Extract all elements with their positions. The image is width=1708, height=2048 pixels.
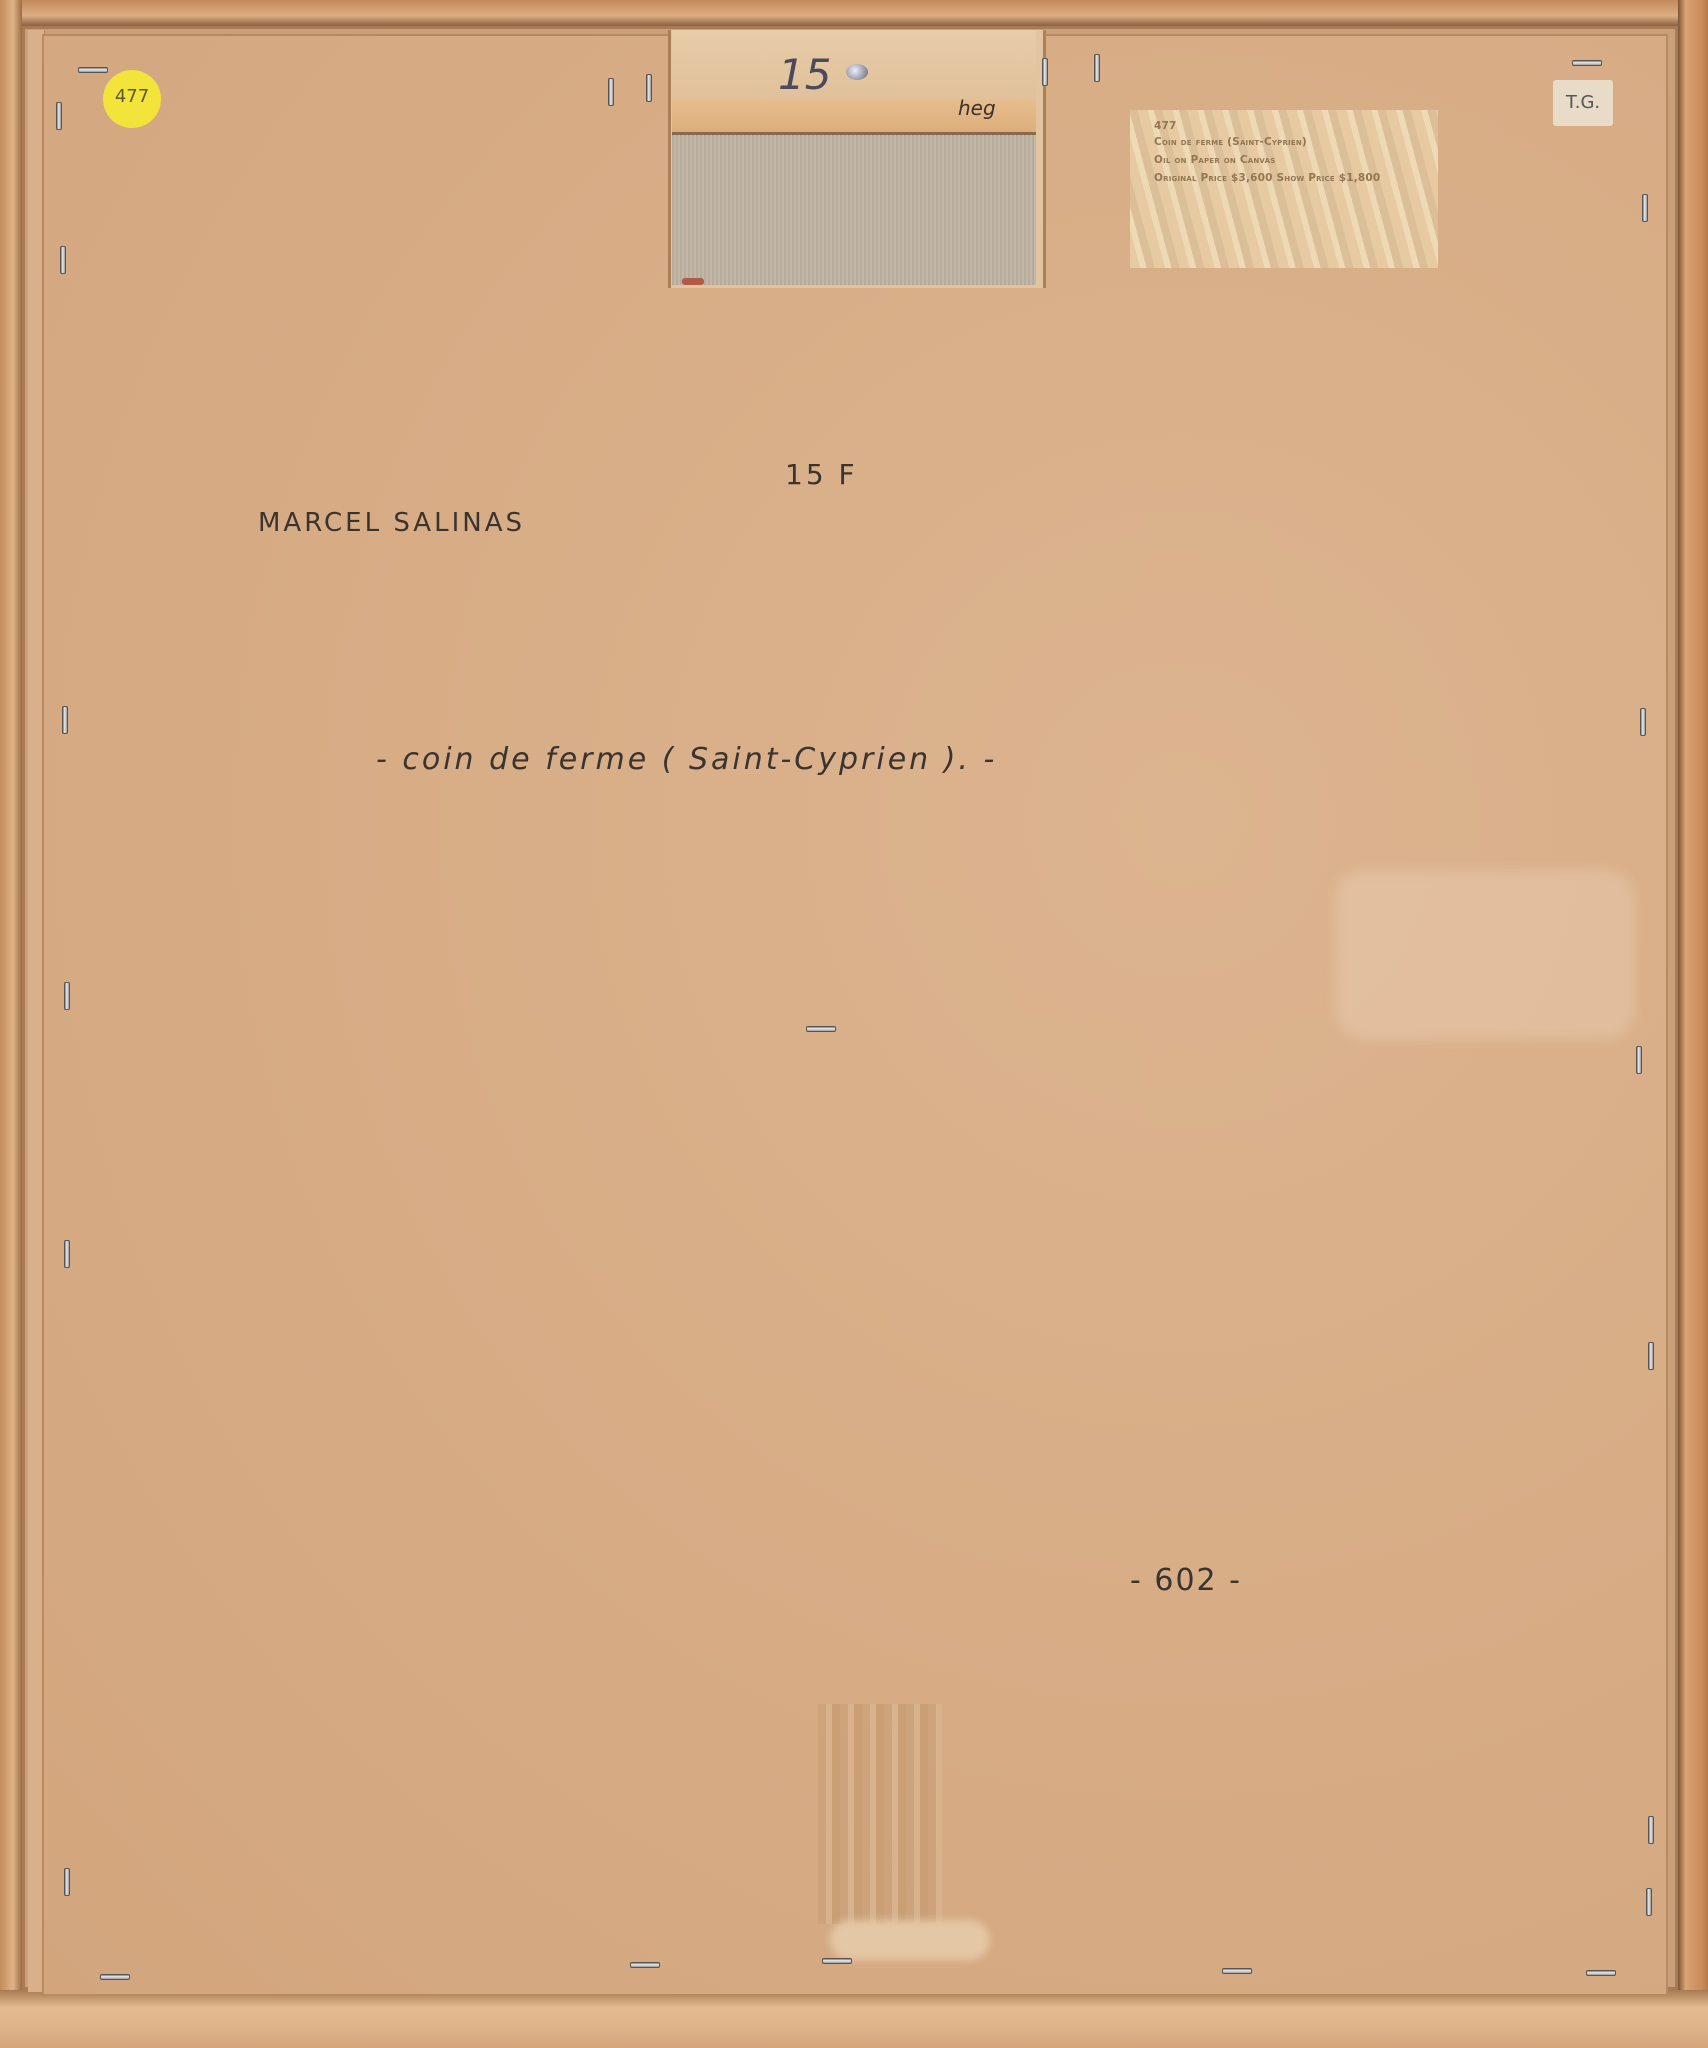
staple-icon bbox=[62, 706, 68, 734]
faded-patch bbox=[1335, 870, 1635, 1040]
label-lot: 477 bbox=[1154, 120, 1177, 132]
title-inscription: - coin de ferme ( Saint-Cyprien ). - bbox=[376, 742, 997, 777]
size-inscription: 15 F bbox=[785, 458, 858, 491]
label-medium: Oil on Paper on Canvas bbox=[1154, 154, 1275, 166]
staple-icon bbox=[56, 102, 62, 130]
canvas-back bbox=[672, 135, 1036, 285]
staple-icon bbox=[64, 1240, 70, 1268]
artist-inscription: MARCEL SALINAS bbox=[258, 508, 525, 538]
number-inscription: - 602 - bbox=[1130, 1563, 1242, 1598]
gallery-label: 477 Coin de ferme (Saint-Cyprien) Oil on… bbox=[1130, 110, 1438, 268]
lot-sticker-text: 477 bbox=[103, 86, 161, 107]
label-title: Coin de ferme (Saint-Cyprien) bbox=[1154, 136, 1307, 148]
frame-left-rail bbox=[0, 0, 22, 2048]
lot-sticker: 477 bbox=[103, 70, 161, 128]
paint-spot bbox=[682, 278, 704, 285]
staple-icon bbox=[806, 1026, 836, 1032]
initials-label: T.G. bbox=[1553, 80, 1613, 126]
stretcher-note: heg bbox=[958, 96, 996, 120]
staple-icon bbox=[1572, 60, 1602, 66]
label-price: Original Price $3,600 Show Price $1,800 bbox=[1154, 172, 1380, 184]
staple-icon bbox=[1642, 194, 1648, 222]
staple-icon bbox=[1636, 1046, 1642, 1074]
staple-icon bbox=[646, 74, 652, 102]
initials-text: T.G. bbox=[1553, 92, 1613, 113]
screw-icon bbox=[846, 64, 868, 80]
staple-icon bbox=[64, 1868, 70, 1896]
staple-icon bbox=[1094, 54, 1100, 82]
tape-residue bbox=[818, 1704, 942, 1924]
staple-icon bbox=[1586, 1970, 1616, 1976]
staple-icon bbox=[630, 1962, 660, 1968]
frame-bottom-rail bbox=[0, 1990, 1708, 2048]
staple-icon bbox=[1648, 1342, 1654, 1370]
staple-icon bbox=[78, 67, 108, 73]
staple-icon bbox=[100, 1974, 130, 1980]
staple-icon bbox=[608, 78, 614, 106]
staple-icon bbox=[1646, 1888, 1652, 1916]
staple-icon bbox=[60, 246, 66, 274]
tape-peel bbox=[830, 1920, 990, 1960]
staple-icon bbox=[1042, 58, 1048, 86]
staple-icon bbox=[1648, 1816, 1654, 1844]
staple-icon bbox=[1640, 708, 1646, 736]
staple-icon bbox=[822, 1958, 852, 1964]
frame-right-rail bbox=[1678, 0, 1708, 2048]
stretcher-number: 15 bbox=[778, 50, 831, 99]
staple-icon bbox=[1222, 1968, 1252, 1974]
staple-icon bbox=[64, 982, 70, 1010]
frame-top-rail bbox=[0, 0, 1708, 26]
